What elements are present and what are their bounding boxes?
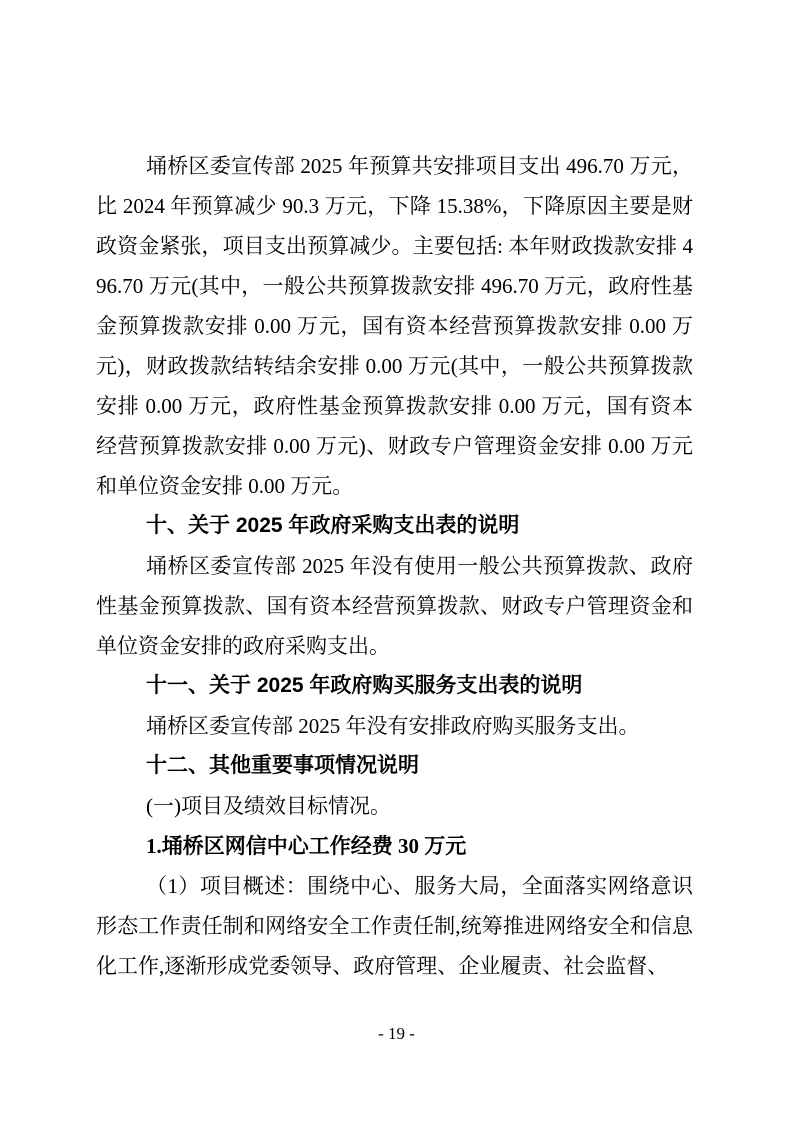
heading-section-12-other-important-matters: 十二、其他重要事项情况说明 (96, 746, 693, 786)
document-body: 埇桥区委宣传部 2025 年预算共安排项目支出 496.70 万元，比 2024… (96, 146, 693, 986)
document-page: 埇桥区委宣传部 2025 年预算共安排项目支出 496.70 万元，比 2024… (0, 0, 793, 1122)
heading-section-10-government-procurement: 十、关于 2025 年政府采购支出表的说明 (96, 506, 693, 546)
paragraph-section-10-body: 埇桥区委宣传部 2025 年没有使用一般公共预算拨款、政府性基金预算拨款、国有资… (96, 546, 693, 666)
heading-item-1-cyberspace-center-funds: 1.埇桥区网信中心工作经费 30 万元 (96, 826, 693, 866)
paragraph-item-1-project-overview: （1）项目概述：围绕中心、服务大局，全面落实网络意识形态工作责任制和网络安全工作… (96, 866, 693, 986)
sub-item-project-performance-goals: (一)项目及绩效目标情况。 (96, 786, 693, 826)
paragraph-project-expenditure-budget-overview: 埇桥区委宣传部 2025 年预算共安排项目支出 496.70 万元，比 2024… (96, 146, 693, 506)
page-number: - 19 - (0, 1022, 793, 1046)
paragraph-section-11-body: 埇桥区委宣传部 2025 年没有安排政府购买服务支出。 (96, 706, 693, 746)
heading-section-11-purchased-services: 十一、关于 2025 年政府购买服务支出表的说明 (96, 666, 693, 706)
